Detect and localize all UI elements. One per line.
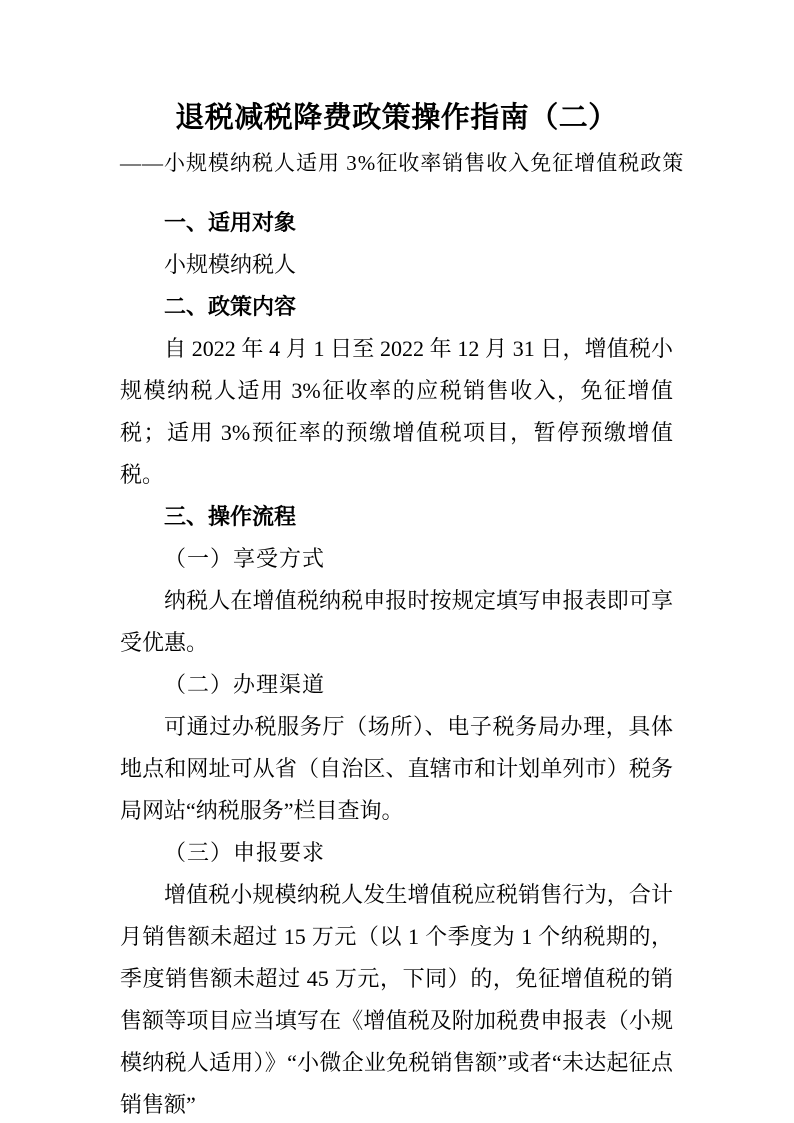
document-title: 退税减税降费政策操作指南（二） [120, 96, 673, 141]
paragraph-enjoyment-method: 纳税人在增值税纳税申报时按规定填写申报表即可享受优惠。 [120, 580, 673, 664]
subsection-heading-declaration-requirements: （三）申报要求 [120, 832, 673, 874]
subsection-heading-handling-channels: （二）办理渠道 [120, 664, 673, 706]
section-heading-operation-process: 三、操作流程 [120, 496, 673, 538]
subsection-heading-enjoyment-method: （一）享受方式 [120, 538, 673, 580]
paragraph-applicable-targets: 小规模纳税人 [120, 244, 673, 286]
paragraph-declaration-requirements: 增值税小规模纳税人发生增值税应税销售行为，合计月销售额未超过 15 万元（以 1… [120, 874, 673, 1123]
section-heading-policy-content: 二、政策内容 [120, 286, 673, 328]
section-heading-applicable-targets: 一、适用对象 [120, 202, 673, 244]
paragraph-handling-channels: 可通过办税服务厅（场所）、电子税务局办理，具体地点和网址可从省（自治区、直辖市和… [120, 706, 673, 832]
document-subtitle: ——小规模纳税人适用 3%征收率销售收入免征增值税政策 [120, 141, 673, 186]
paragraph-policy-content: 自 2022 年 4 月 1 日至 2022 年 12 月 31 日，增值税小规… [120, 328, 673, 496]
document-body: 一、适用对象 小规模纳税人 二、政策内容 自 2022 年 4 月 1 日至 2… [120, 202, 673, 1123]
document-page: 退税减税降费政策操作指南（二） ——小规模纳税人适用 3%征收率销售收入免征增值… [0, 0, 794, 1123]
